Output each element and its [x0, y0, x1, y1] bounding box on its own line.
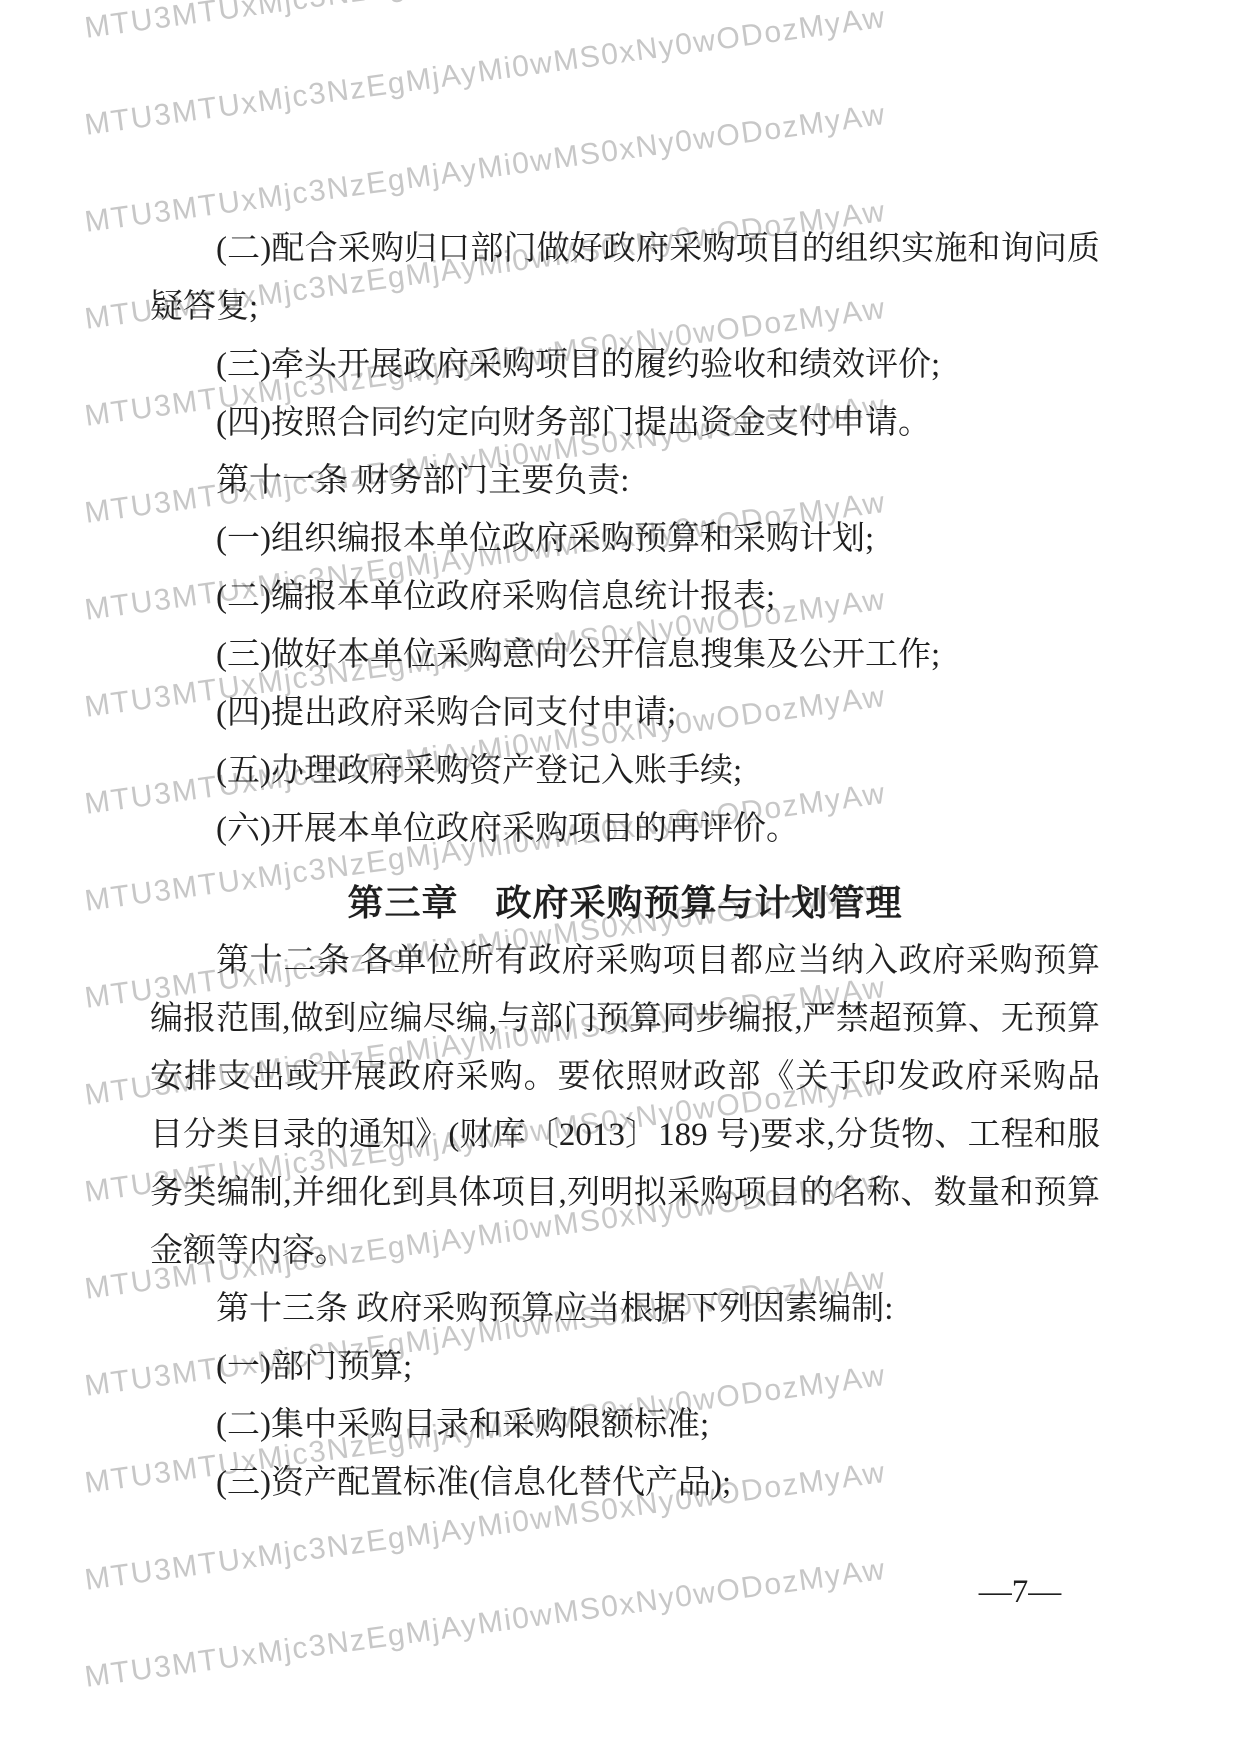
paragraph: 第十一条 财务部门主要负责: [150, 452, 1100, 510]
document-content: (二)配合采购归口部门做好政府采购项目的组织实施和询问质疑答复;(三)牵头开展政… [150, 220, 1100, 1512]
paragraph: (三)牵头开展政府采购项目的履约验收和绩效评价; [150, 336, 1100, 394]
document-page: MTU3MTUxMjc3NzEgMjAyMi0wMS0xNy0wODozMyAw… [0, 0, 1240, 1754]
paragraph: (三)做好本单位采购意向公开信息搜集及公开工作; [150, 626, 1100, 684]
watermark-text: MTU3MTUxMjc3NzEgMjAyMi0wMS0xNy0wODozMyAw [83, 1553, 888, 1695]
paragraph: 第十三条 政府采购预算应当根据下列因素编制: [150, 1280, 1100, 1338]
chapter-heading: 第三章 政府采购预算与计划管理 [150, 874, 1100, 932]
paragraph: (一)部门预算; [150, 1338, 1100, 1396]
paragraph: (二)配合采购归口部门做好政府采购项目的组织实施和询问质疑答复; [150, 220, 1100, 336]
paragraph: (四)按照合同约定向财务部门提出资金支付申请。 [150, 394, 1100, 452]
paragraph: (二)集中采购目录和采购限额标准; [150, 1396, 1100, 1454]
paragraph: (三)资产配置标准(信息化替代产品); [150, 1454, 1100, 1512]
paragraph: 第十二条 各单位所有政府采购项目都应当纳入政府采购预算编报范围,做到应编尽编,与… [150, 932, 1100, 1280]
paragraph: (六)开展本单位政府采购项目的再评价。 [150, 800, 1100, 858]
paragraph: (四)提出政府采购合同支付申请; [150, 684, 1100, 742]
paragraph: (五)办理政府采购资产登记入账手续; [150, 742, 1100, 800]
paragraph: (二)编报本单位政府采购信息统计报表; [150, 568, 1100, 626]
watermark-text: MTU3MTUxMjc3NzEgMjAyMi0wMS0xNy0wODozMyAw [83, 0, 888, 46]
watermark-text: MTU3MTUxMjc3NzEgMjAyMi0wMS0xNy0wODozMyAw [83, 98, 888, 240]
page-number: —7— [940, 1574, 1100, 1611]
paragraph: (一)组织编报本单位政府采购预算和采购计划; [150, 510, 1100, 568]
watermark-text: MTU3MTUxMjc3NzEgMjAyMi0wMS0xNy0wODozMyAw [83, 1, 888, 143]
